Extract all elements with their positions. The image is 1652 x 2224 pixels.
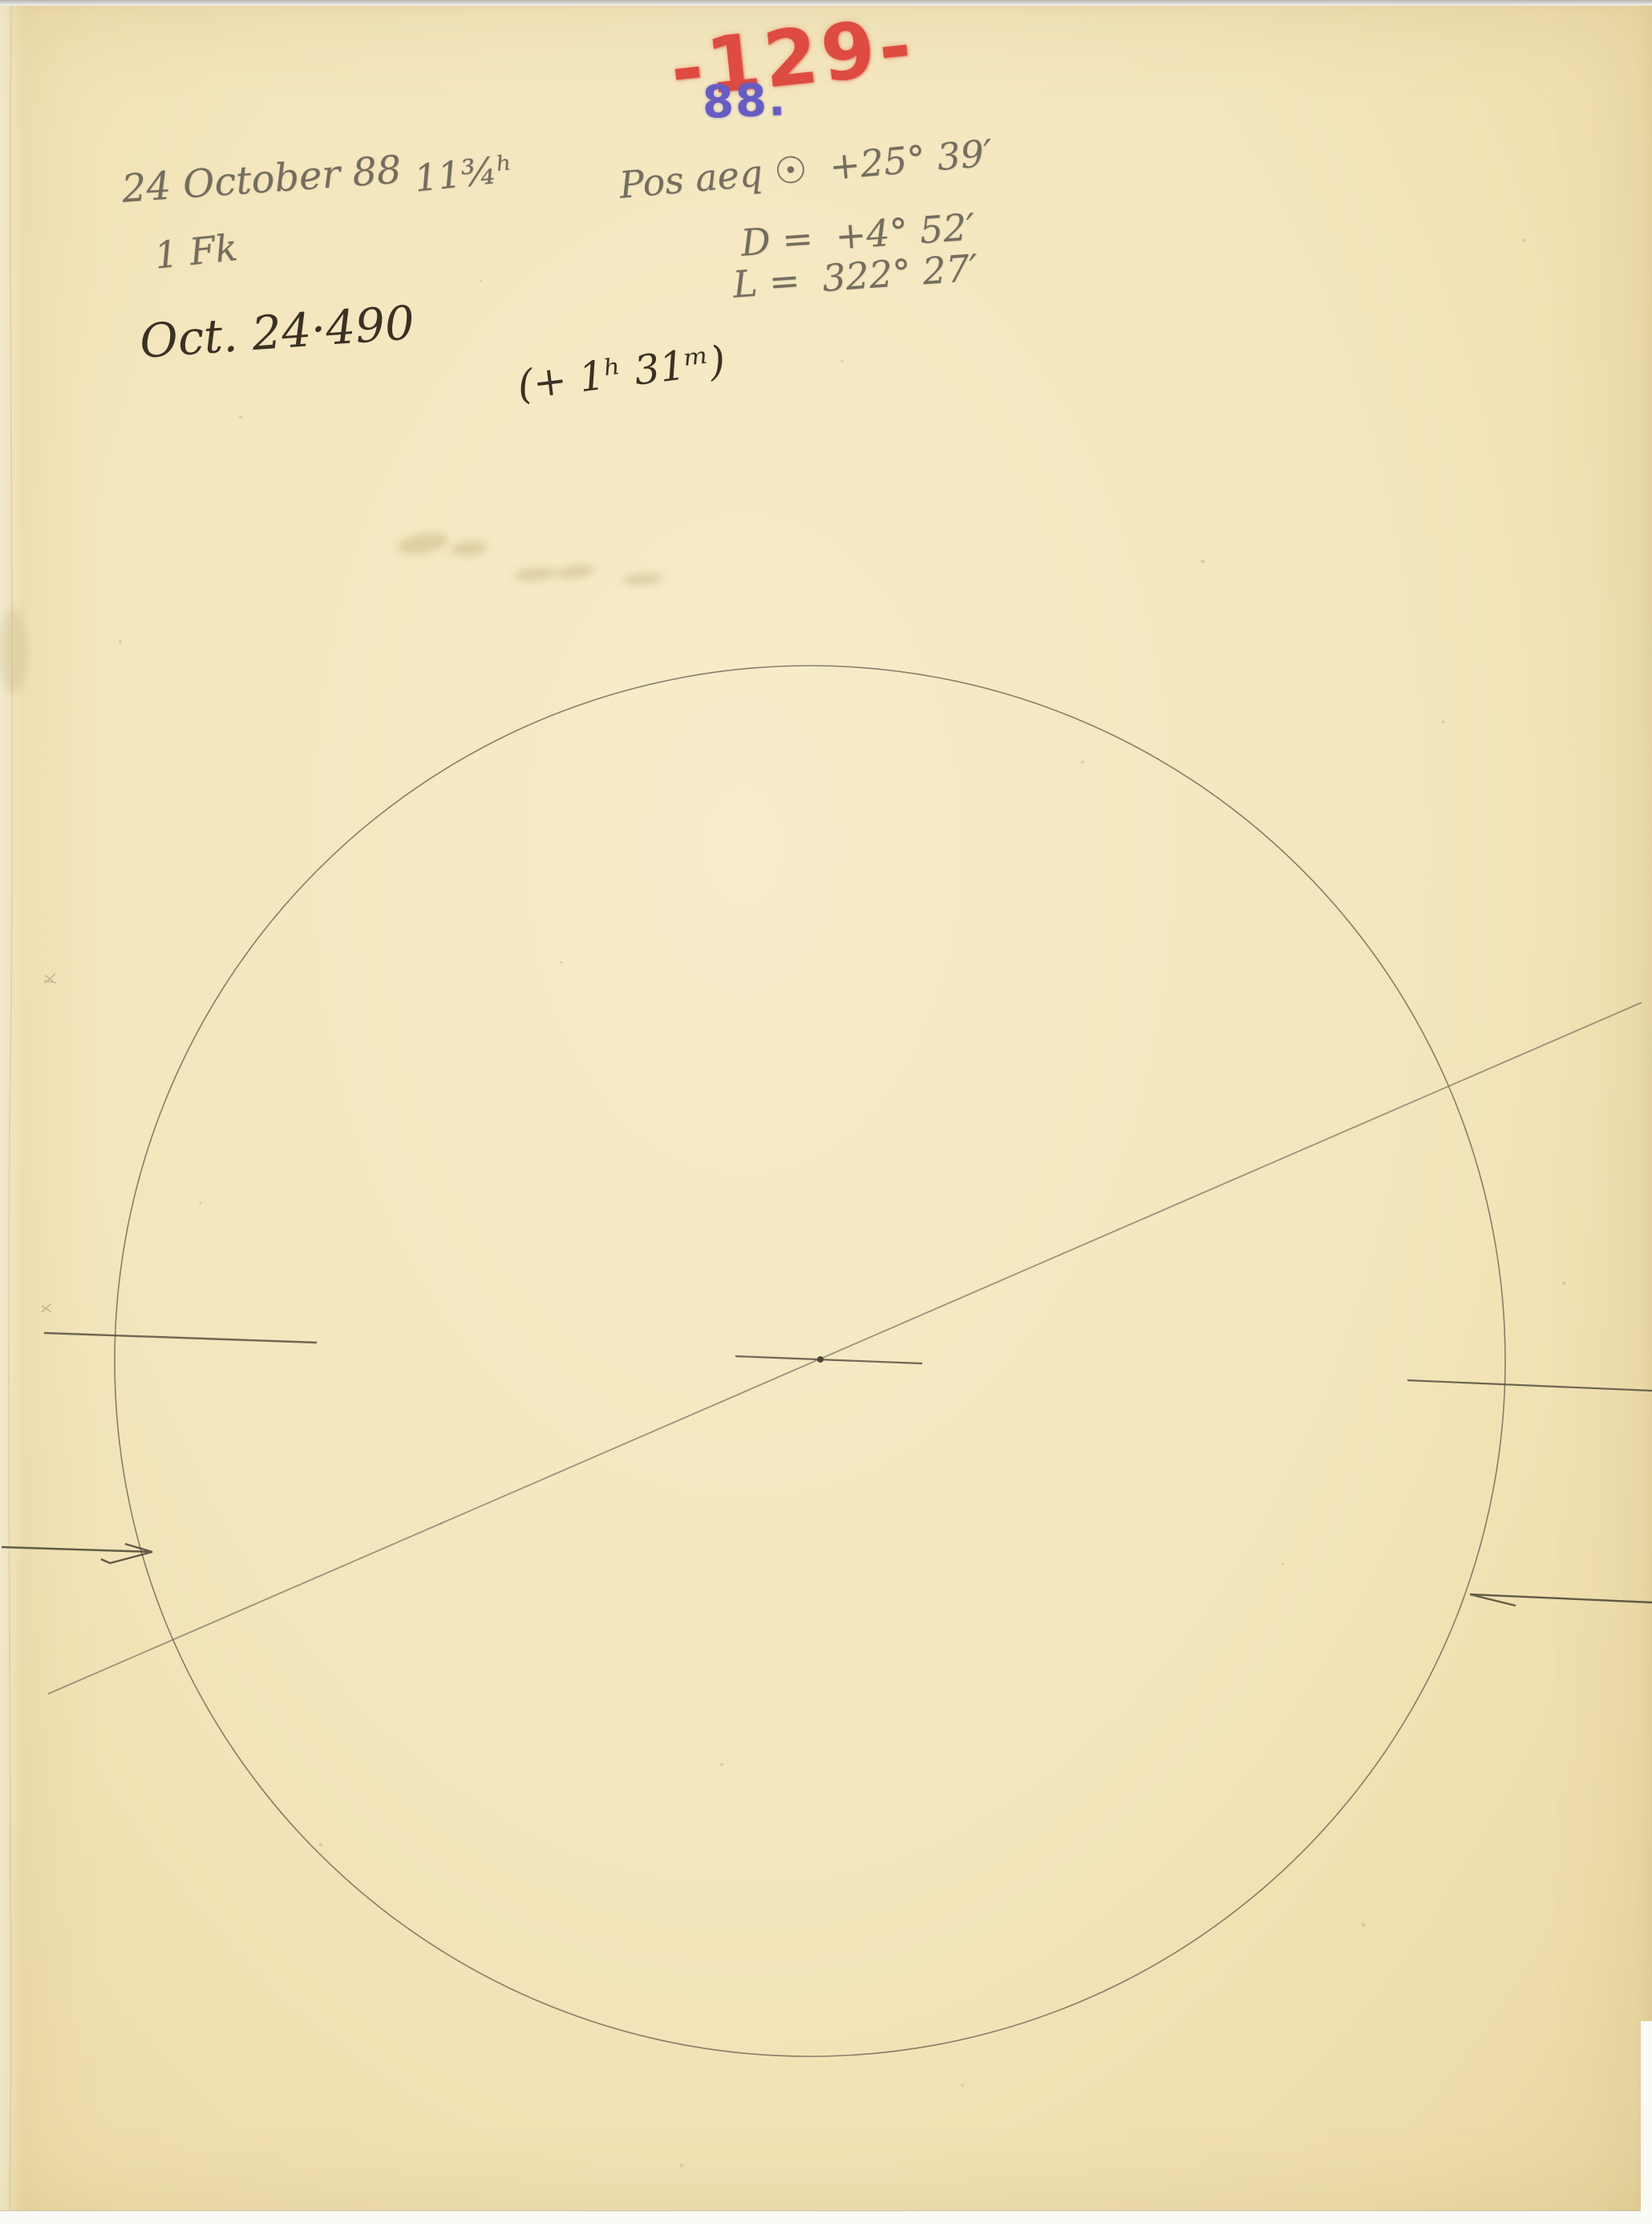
scanned-page: -129- 88. 24 October 88 11¾ʰ 1 Fk Oct. 2… (0, 0, 1652, 2224)
observer-mark: 1 Fk (152, 225, 240, 277)
page-number-stamp: 88. (702, 74, 788, 129)
faint-asterisk-marks (42, 974, 56, 1312)
center-mark-line (735, 1356, 922, 1363)
scan-margin-bottom (0, 2210, 1652, 2224)
longitude-label: L = (731, 258, 801, 306)
center-dot (817, 1356, 824, 1363)
scan-margin-top (0, 0, 1652, 6)
paper-stains (0, 530, 664, 693)
lower-left-limb-arrow (2, 1544, 152, 1563)
solar-disk-outline (115, 666, 1505, 2056)
left-edge-crease (9, 0, 12, 2224)
right-limb-tick (1407, 1380, 1652, 1391)
transit-diagonal-line (48, 1003, 1642, 1694)
paper-specks (119, 239, 1565, 2167)
lower-right-limb-arrow (1470, 1594, 1652, 1606)
left-limb-tick (44, 1333, 317, 1343)
scan-margin-right (1641, 2021, 1652, 2224)
